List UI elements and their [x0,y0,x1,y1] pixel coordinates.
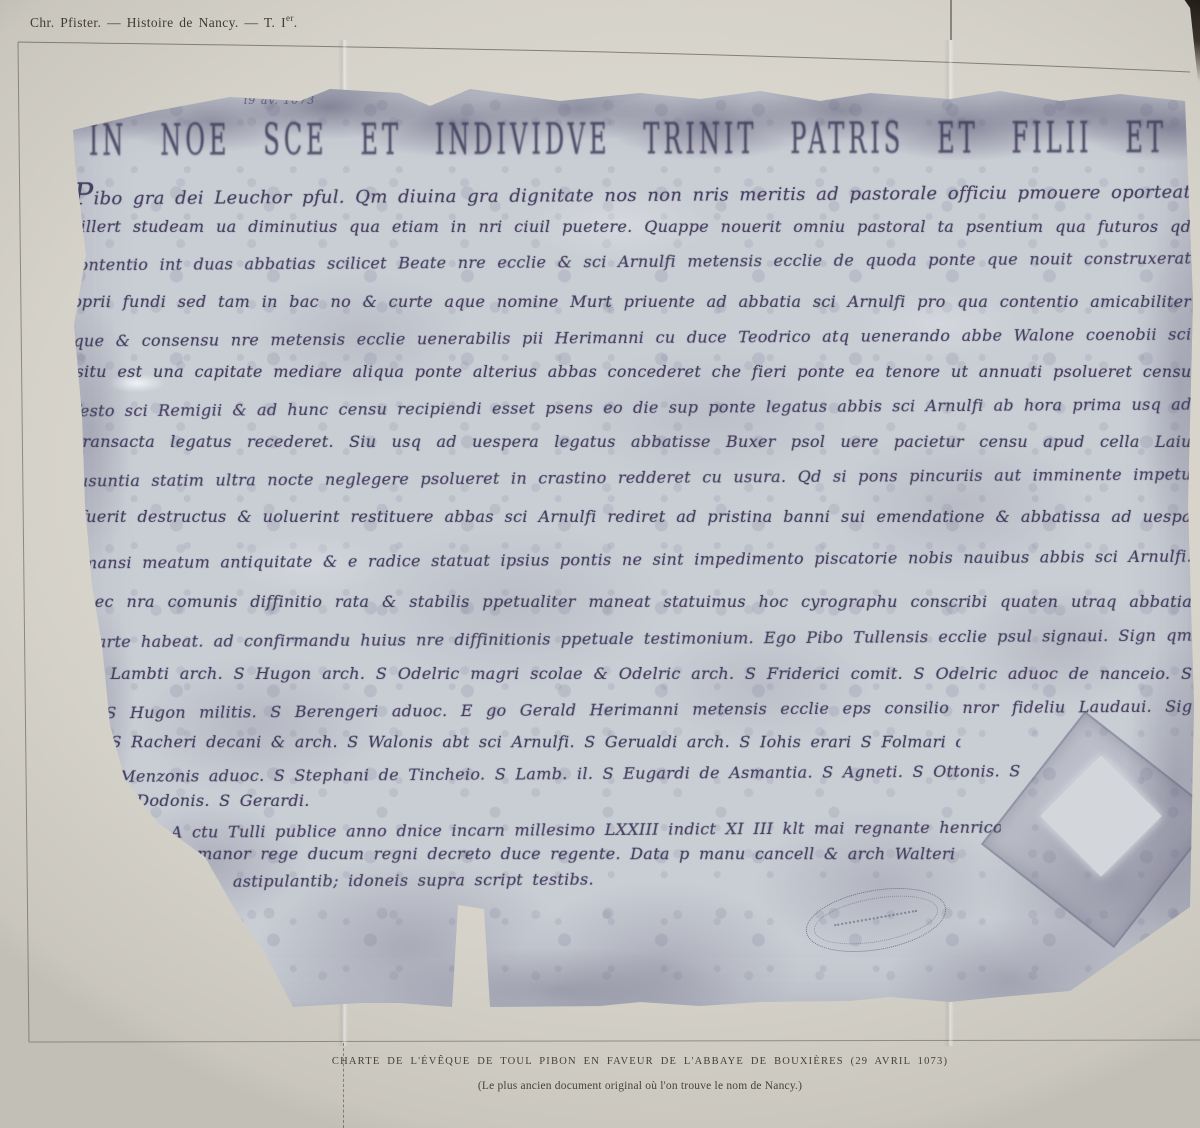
manuscript-invocation-line: IN NOE SCE ET INDIVIDVE TRINIT PATRIS ET… [89,111,1167,171]
manuscript-line: contentio int duas abbatias scilicet Bea… [69,247,1191,281]
manuscript-line: iuuene Romanor rege ducum regni decreto … [109,842,994,869]
manuscript-line: fuerit destructus & uoluerint restituere… [80,505,1192,532]
manuscript-line: S Hugon militis. S Berengeri aduoc. E go… [105,695,1192,729]
manuscript-line: pprii fundi sed tam in bac no & curte aq… [71,290,1191,317]
manuscript-line: S Lambti arch. S Hugon arch. S Odelric m… [88,662,1192,689]
book-plate-page: Chr. Pfister. — Histoire de Nancy. — T. … [0,0,1200,1128]
manuscript-line: que & consensu nre metensis ecclie uener… [73,323,1191,357]
manuscript-line: parte habeat. ad confirmandu huius nre d… [86,624,1192,658]
manuscript-line: transacta legatus recederet. Siu usq ad … [76,430,1192,457]
plate-caption-subtitle: (Le plus ancien document original où l'o… [200,1080,1080,1092]
manuscript-line: situ est una capitate mediare aliqua pon… [76,360,1192,387]
manuscript-line: usuntia statim ultra nocte neglegere pso… [78,463,1192,497]
fold-crease-top-mark [950,0,952,40]
manuscript-line: hec nra comunis diffinitio rata & stabil… [84,590,1192,617]
charter-parchment-photo: i9 av. 1073 IN NOE SCE ET INDIVIDVE TRIN… [60,85,1200,1015]
manuscript-line: S Racheri decani & arch. S Walonis abt s… [111,730,961,757]
manuscript-line: S Dodonis. S Gerardi. [116,789,376,816]
plate-caption-title: CHARTE DE L'ÉVÊQUE DE TOUL PIBON EN FAVE… [200,1056,1080,1067]
manuscript-line: festo sci Remigii & ad hunc censu recipi… [74,393,1192,427]
manuscript-line: astipulantib; idoneis supra script testi… [233,867,703,897]
manuscript-line: villert studeam ua diminutius qua etiam … [71,215,1191,242]
manuscript-line: S Menzonis aduoc. S Stephani de Tincheio… [99,759,1029,792]
plate-caption: CHARTE DE L'ÉVÊQUE DE TOUL PIBON EN FAVE… [200,1056,1080,1092]
manuscript-line: Pibo gra dei Leuchor pful. Qm diuina gra… [73,175,1191,218]
manuscript-line: mansi meatum antiquitate & e radice stat… [82,545,1192,579]
manuscript-text-lines: i9 av. 1073 IN NOE SCE ET INDIVIDVE TRIN… [59,84,1200,1017]
